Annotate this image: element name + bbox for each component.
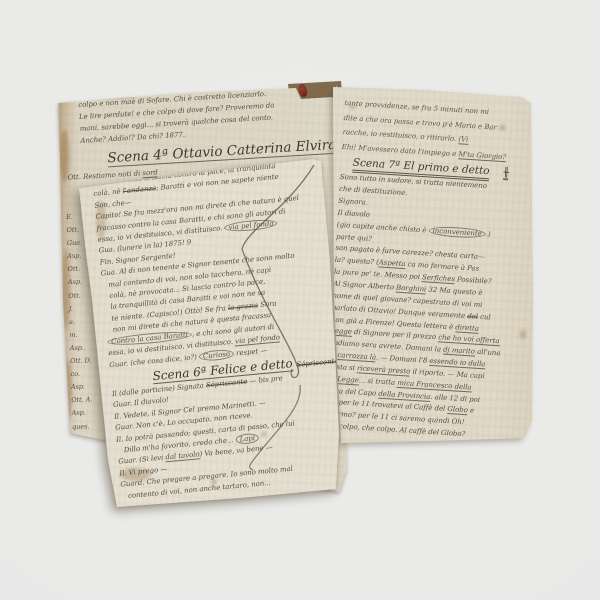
front-page-post-lines: Il (dalle porticine) Signata Sépriscente… — [112, 366, 373, 503]
front-sheet-wrap: la providenza; si lascia contro la pace,… — [0, 0, 600, 600]
front-page: la providenza; si lascia contro la pace,… — [0, 0, 600, 600]
crossed-out-text: Sépriscente è Séguente — [296, 353, 381, 369]
front-page-text-block: la providenza; si lascia contro la pace,… — [92, 155, 373, 503]
front-page-pre-lines: la providenza; si lascia contro la pace,… — [92, 155, 361, 371]
manuscript-photo-scene: colpo e non maè di Sofare. Chi è costret… — [0, 0, 600, 600]
